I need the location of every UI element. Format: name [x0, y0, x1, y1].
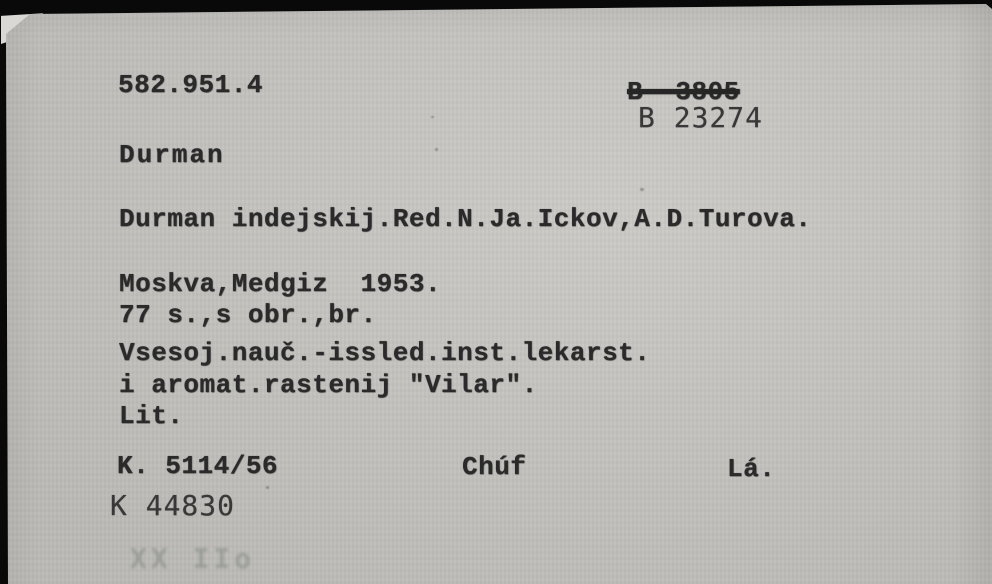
collation-line: 77 s.,s obr.,br. — [119, 302, 377, 328]
heading: Durman — [119, 142, 225, 168]
paper-speck — [431, 116, 434, 118]
accession-number: B 23274 — [638, 104, 763, 132]
imprint-line: Moskva,Medgiz 1953. — [119, 271, 441, 297]
inventory-number: K 44830 — [110, 492, 235, 520]
series-line-1: Vsesoj.nauč.-issled.inst.lekarst. — [119, 340, 650, 366]
note-line: Lit. — [119, 403, 183, 429]
paper-speck — [640, 188, 644, 191]
paper-speck — [435, 148, 438, 151]
faint-stamp: XX IIo — [130, 542, 255, 575]
series-line-2: i aromat.rastenij "Vilar". — [119, 372, 538, 398]
initials-mark: Lá. — [727, 456, 775, 482]
order-number: K. 5114/56 — [117, 453, 278, 479]
cataloguer-mark: Chúf — [462, 454, 526, 480]
call-number: 582.951.4 — [118, 72, 263, 98]
title-statement: Durman indejskij.Red.N.Ja.Ickov,A.D.Turo… — [119, 206, 811, 232]
scanned-catalog-card: 582.951.4 B 3805 B 23274 Durman Durman i… — [0, 0, 992, 584]
catalog-card: 582.951.4 B 3805 B 23274 Durman Durman i… — [0, 0, 992, 584]
paper-speck — [266, 486, 269, 489]
